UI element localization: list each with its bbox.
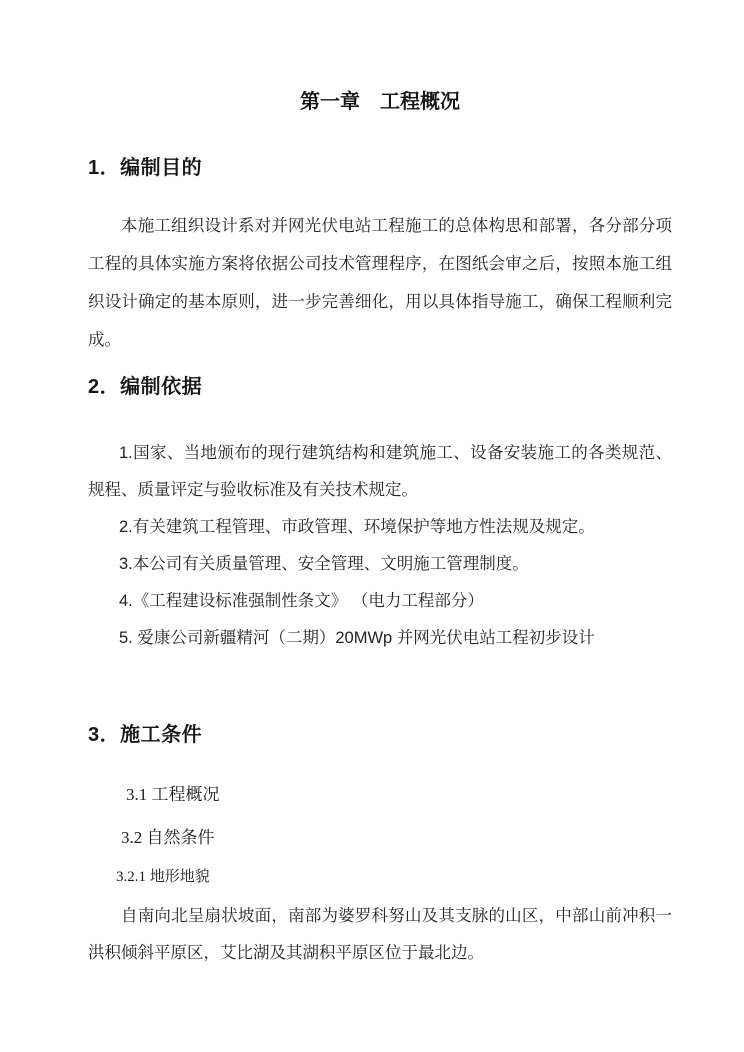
basis-item-5: 5. 爱康公司新疆精河（二期）20MWp 并网光伏电站工程初步设计 bbox=[88, 620, 672, 657]
subheading-natural-conditions: 3.2 自然条件 bbox=[121, 827, 672, 849]
document-page: 第一章 工程概况 1．编制目的 本施工组织设计系对并网光伏电站工程施工的总体构思… bbox=[0, 0, 744, 1052]
page-content: 第一章 工程概况 1．编制目的 本施工组织设计系对并网光伏电站工程施工的总体构思… bbox=[88, 0, 672, 972]
chapter-title: 第一章 工程概况 bbox=[88, 90, 672, 114]
section-heading-purpose: 1．编制目的 bbox=[88, 155, 672, 181]
subheading-project-overview: 3.1 工程概况 bbox=[126, 784, 672, 806]
section-heading-conditions: 3．施工条件 bbox=[88, 722, 672, 748]
basis-item-3: 3.本公司有关质量管理、安全管理、文明施工管理制度。 bbox=[88, 546, 672, 583]
basis-item-list: 1.国家、当地颁布的现行建筑结构和建筑施工、设备安装施工的各类规范、规程、质量评… bbox=[88, 435, 672, 657]
basis-item-1: 1.国家、当地颁布的现行建筑结构和建筑施工、设备安装施工的各类规范、规程、质量评… bbox=[88, 435, 672, 509]
section-heading-basis: 2．编制依据 bbox=[88, 374, 672, 400]
purpose-paragraph: 本施工组织设计系对并网光伏电站工程施工的总体构思和部署，各分部分项工程的具体实施… bbox=[88, 207, 672, 359]
subheading-topography: 3.2.1 地形地貌 bbox=[116, 867, 672, 887]
basis-item-2: 2.有关建筑工程管理、市政管理、环境保护等地方性法规及规定。 bbox=[88, 509, 672, 546]
topography-paragraph: 自南向北呈扇状坡面，南部为婆罗科努山及其支脉的山区，中部山前冲积一洪积倾斜平原区… bbox=[88, 898, 672, 972]
basis-item-4: 4.《工程建设标准强制性条文》 （电力工程部分） bbox=[88, 583, 672, 620]
